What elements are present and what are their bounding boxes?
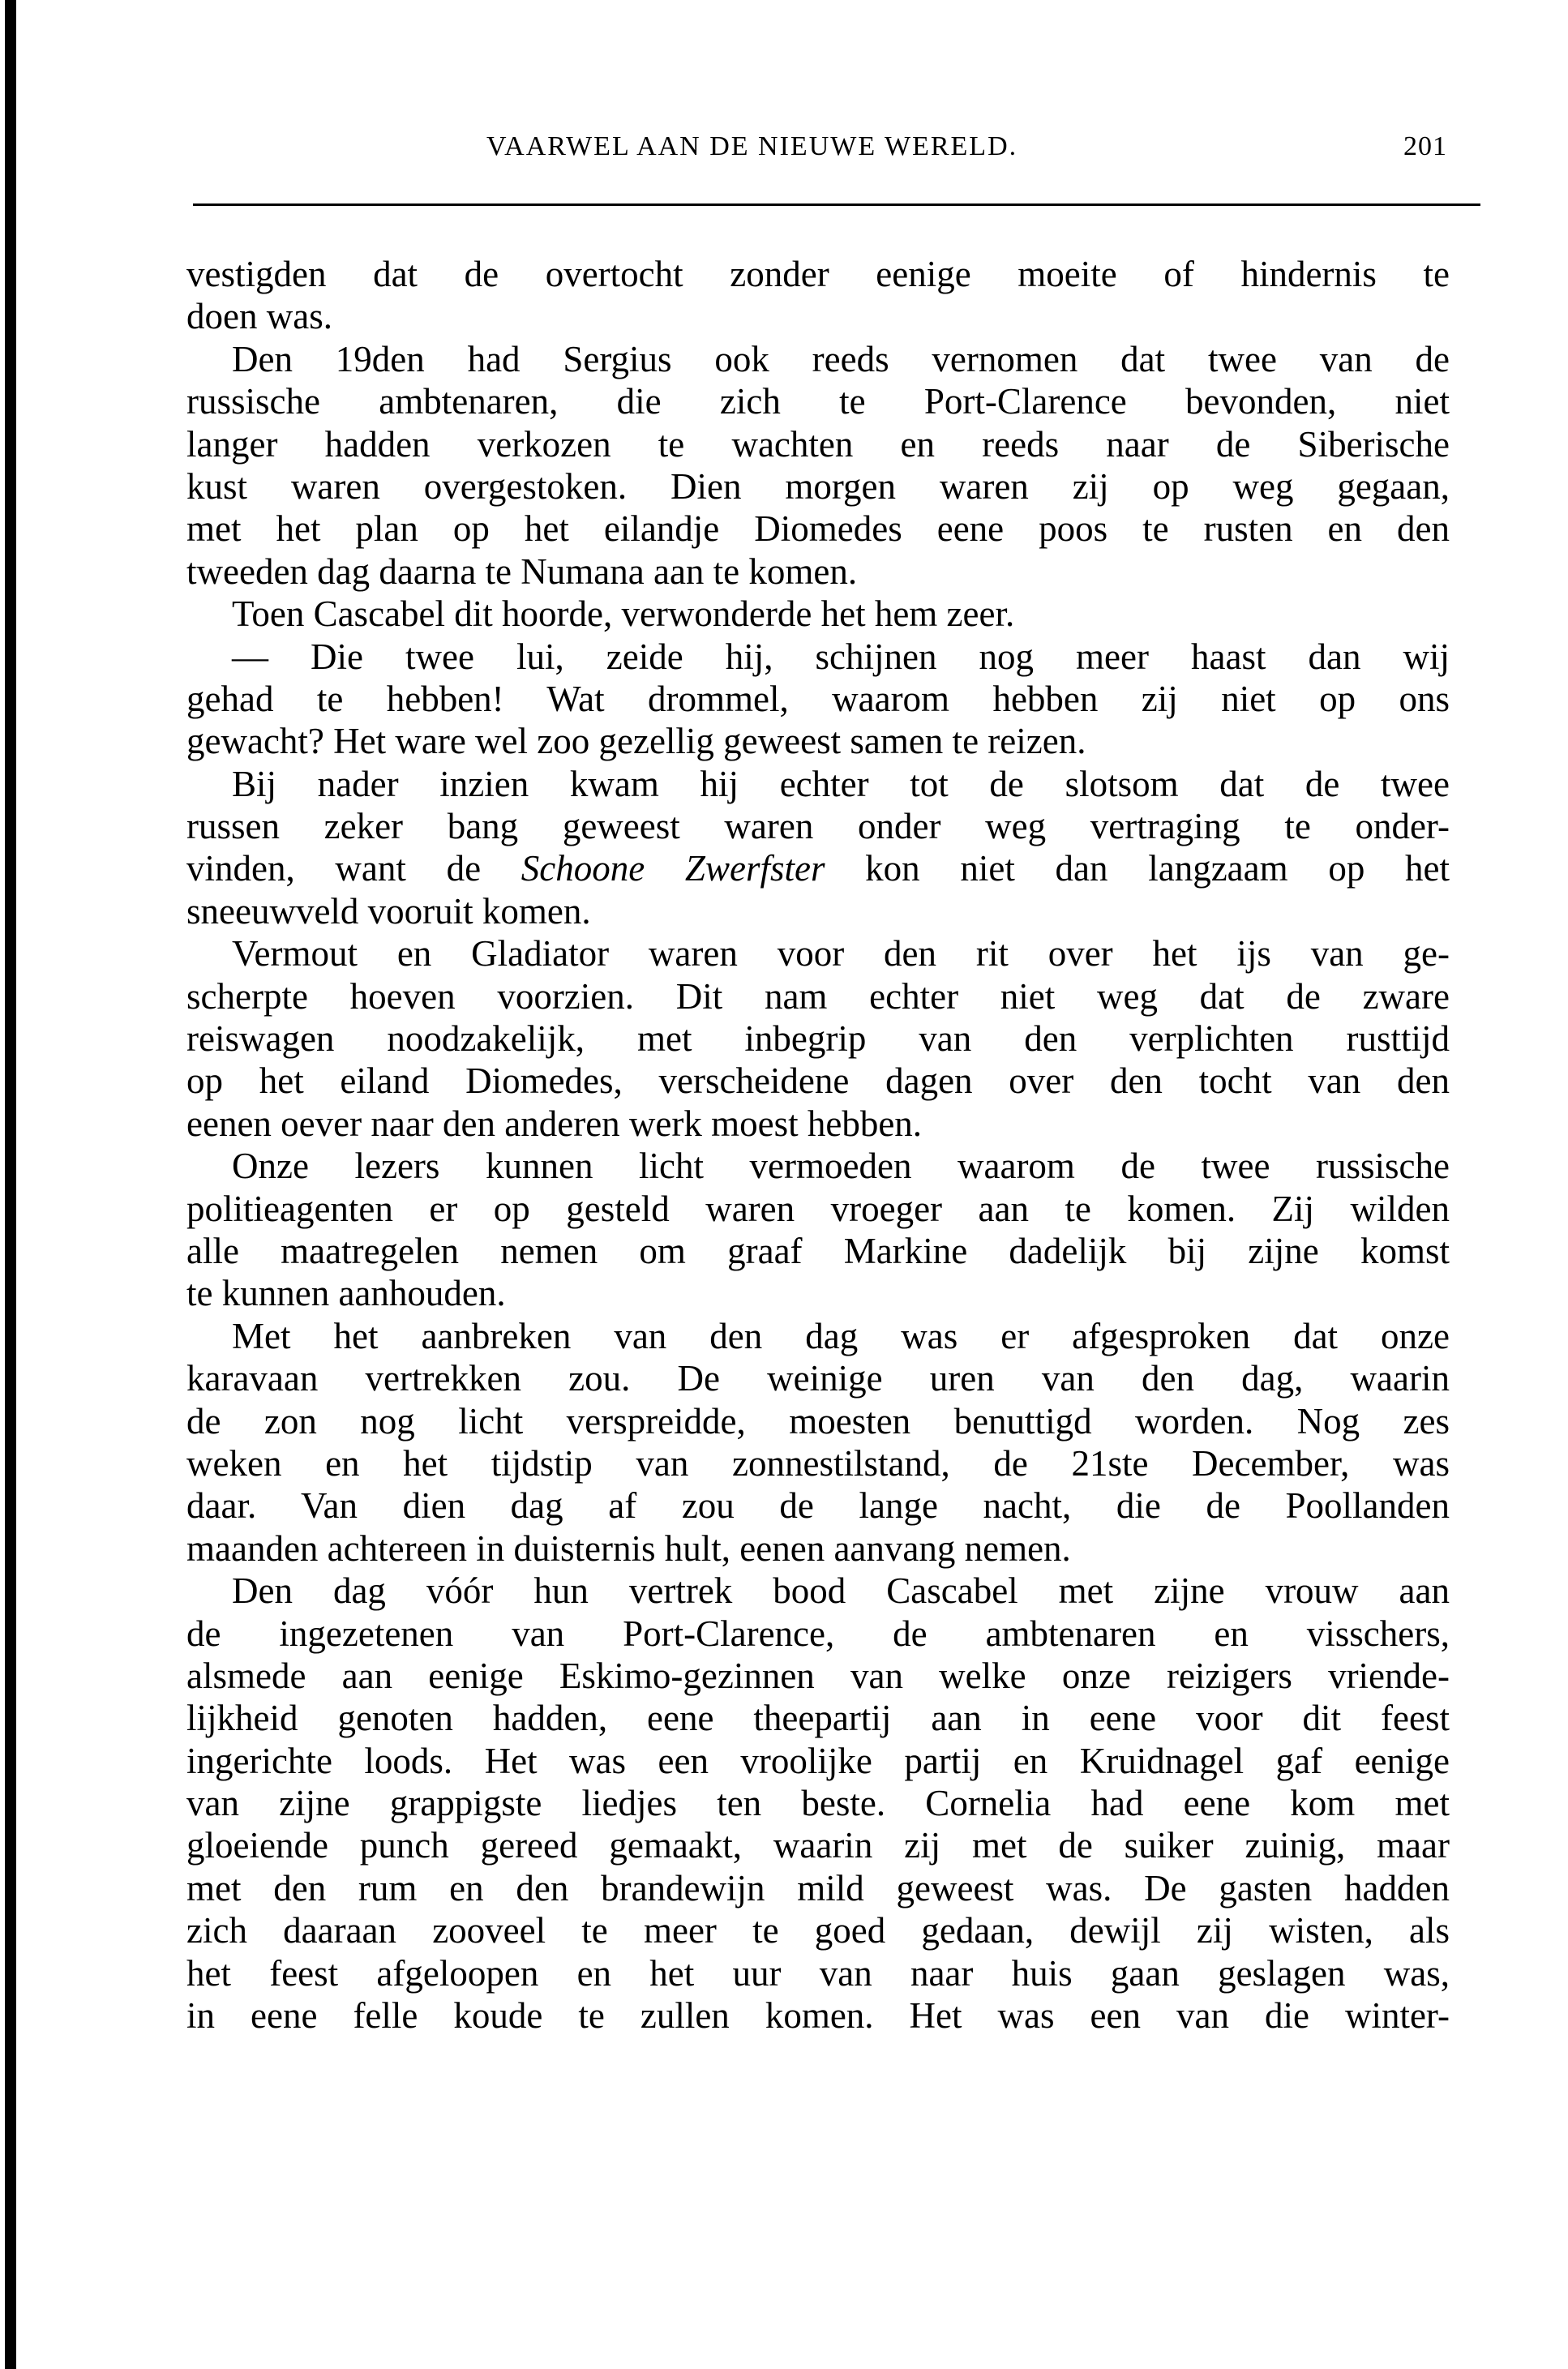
text-line: doen was.	[186, 295, 1450, 337]
text-line: in eene felle koude te zullen komen. Het…	[186, 1994, 1450, 2037]
text-line: — Die twee lui, zeide hij, schijnen nog …	[186, 636, 1450, 678]
text-line: gloeiende punch gereed gemaakt, waarin z…	[186, 1824, 1450, 1866]
text-line: te kunnen aanhouden.	[186, 1272, 1450, 1314]
text-line: vinden, want de Schoone Zwerfster kon ni…	[186, 847, 1450, 889]
text-line: russische ambtenaren, die zich te Port-C…	[186, 380, 1450, 422]
italic-title: Schoone Zwerfster	[521, 848, 825, 889]
running-header: VAARWEL AAN DE NIEUWE WERELD. 201	[186, 131, 1447, 172]
text-line: Met het aanbreken van den dag was er afg…	[186, 1315, 1450, 1357]
text-line: karavaan vertrekken zou. De weinige uren…	[186, 1357, 1450, 1399]
text-line: de zon nog licht verspreidde, moesten be…	[186, 1400, 1450, 1442]
text-line: met het plan op het eilandje Diomedes ee…	[186, 508, 1450, 550]
text-line: eenen oever naar den anderen werk moest …	[186, 1103, 1450, 1145]
text-line: lijkheid genoten hadden, eene theepartij…	[186, 1697, 1450, 1739]
text-line: het feest afgeloopen en het uur van naar…	[186, 1952, 1450, 1994]
text-line: weken en het tijdstip van zonnestilstand…	[186, 1442, 1450, 1484]
text-line: politieagenten er op gesteld waren vroeg…	[186, 1188, 1450, 1230]
text-line: tweeden dag daarna te Numana aan te kome…	[186, 550, 1450, 593]
text-line: kust waren overgestoken. Dien morgen war…	[186, 465, 1450, 508]
text-line: daar. Van dien dag af zou de lange nacht…	[186, 1484, 1450, 1527]
text-line: zich daaraan zooveel te meer te goed ged…	[186, 1909, 1450, 1951]
text-line: op het eiland Diomedes, verscheidene dag…	[186, 1060, 1450, 1102]
text-line: langer hadden verkozen te wachten en ree…	[186, 423, 1450, 465]
book-binding-edge	[5, 0, 16, 2369]
text-line: maanden achtereen in duisternis hult, ee…	[186, 1527, 1450, 1570]
text-line: Toen Cascabel dit hoorde, verwonderde he…	[186, 593, 1450, 635]
page-number: 201	[1403, 131, 1447, 162]
header-rule	[193, 203, 1480, 206]
text-line: reiswagen noodzakelijk, met inbegrip van…	[186, 1017, 1450, 1060]
text-line: Vermout en Gladiator waren voor den rit …	[186, 932, 1450, 975]
text-line: vestigden dat de overtocht zonder eenige…	[186, 253, 1450, 295]
text-line: gehad te hebben! Wat drommel, waarom heb…	[186, 678, 1450, 720]
text-line: scherpte hoeven voorzien. Dit nam echter…	[186, 975, 1450, 1017]
text-line: alle maatregelen nemen om graaf Markine …	[186, 1230, 1450, 1272]
text-line: Onze lezers kunnen licht vermoeden waaro…	[186, 1145, 1450, 1187]
text-line: sneeuwveld vooruit komen.	[186, 890, 1450, 932]
text-line: de ingezetenen van Port-Clarence, de amb…	[186, 1613, 1450, 1655]
text-line: van zijne grappigste liedjes ten beste. …	[186, 1782, 1450, 1824]
text-line: met den rum en den brandewijn mild gewee…	[186, 1867, 1450, 1909]
text-line: ingerichte loods. Het was een vroolijke …	[186, 1740, 1450, 1782]
text-line: russen zeker bang geweest waren onder we…	[186, 805, 1450, 847]
body-text: vestigden dat de overtocht zonder eenige…	[186, 253, 1450, 2037]
text-line: gewacht? Het ware wel zoo gezellig gewee…	[186, 720, 1450, 762]
text-line: alsmede aan eenige Eskimo-gezinnen van w…	[186, 1655, 1450, 1697]
text-line: Den dag vóór hun vertrek bood Cascabel m…	[186, 1570, 1450, 1612]
text-line: Bij nader inzien kwam hij echter tot de …	[186, 763, 1450, 805]
running-title: VAARWEL AAN DE NIEUWE WERELD.	[486, 131, 1017, 162]
text-line: Den 19den had Sergius ook reeds vernomen…	[186, 338, 1450, 380]
